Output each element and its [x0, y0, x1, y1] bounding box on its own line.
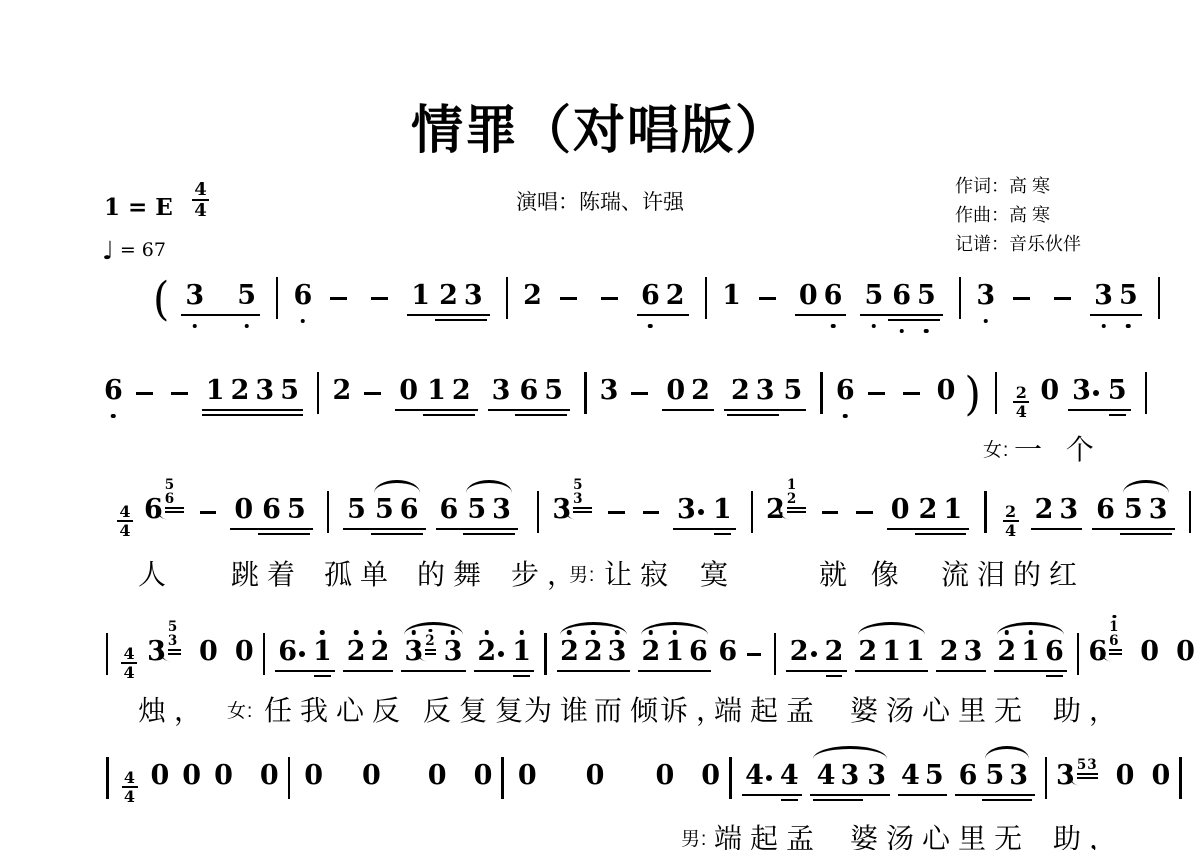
rest: 0: [474, 760, 493, 792]
note-digit: 6: [293, 280, 312, 311]
note-number: 1: [943, 494, 962, 526]
note-digit: 0: [260, 760, 279, 791]
note: 1: [943, 494, 962, 526]
note-number: 3: [1072, 375, 1091, 407]
note-number: 3: [976, 280, 995, 312]
note-digit: 3: [677, 494, 696, 525]
note-number: 6: [293, 280, 312, 312]
note-digit: 1: [713, 494, 732, 525]
note-number: 0: [586, 760, 605, 792]
underline: [855, 670, 928, 672]
beam-group: 653: [435, 494, 519, 526]
note: 6: [718, 636, 737, 668]
measure-barline: [276, 277, 279, 319]
octave-dot-low: [244, 324, 249, 329]
grace-digit: 5: [165, 478, 175, 492]
rest: 0: [518, 760, 537, 792]
beam-group: 12: [422, 375, 476, 407]
note-number: 5: [1119, 280, 1138, 312]
note-number: 1: [713, 494, 732, 526]
underline: [275, 670, 336, 672]
time-sig-denominator: 4: [1005, 523, 1016, 538]
note: 3: [608, 636, 627, 668]
note-digit: 5: [1119, 280, 1138, 311]
note-number: 2: [523, 280, 542, 312]
note: 2: [371, 636, 390, 668]
note: 1: [427, 375, 446, 407]
note-number: 0: [235, 636, 254, 668]
beam-group: 44: [741, 760, 804, 792]
rest: 0: [428, 760, 447, 792]
octave-dot-high: [378, 630, 383, 635]
time-signature: 24: [1013, 385, 1029, 419]
note-number: 5: [280, 375, 299, 407]
rest: 0: [1040, 375, 1059, 407]
augmentation-dot: [1093, 390, 1099, 396]
underline: [230, 528, 312, 530]
notation-system: 44353006122323212232166222112321661600: [100, 634, 1200, 668]
rest: 0: [199, 636, 218, 668]
underline: [407, 314, 489, 316]
note-number: 6: [892, 280, 911, 312]
note: 6: [440, 494, 459, 526]
underline: [898, 794, 948, 796]
slur-arc: [997, 622, 1064, 635]
underline: [401, 670, 466, 672]
note-number: 1: [512, 636, 531, 668]
lyric-segment: 助，: [1053, 689, 1125, 729]
note-digit: 5: [917, 280, 936, 311]
note-number: 6: [1096, 494, 1115, 526]
grace-digits: 16: [1109, 620, 1122, 648]
voice-label: 男:: [569, 560, 595, 587]
lyric-segment: 孤单: [324, 553, 396, 593]
note: 616: [1088, 636, 1125, 668]
duration-dash: [631, 392, 648, 396]
underline: [557, 670, 630, 672]
note-digit: 2: [641, 636, 660, 667]
time-sig-numerator: 4: [119, 504, 130, 519]
time-sig-denominator: 4: [119, 523, 130, 538]
duration-dash: [856, 511, 872, 515]
lyric-segment: 烛，: [138, 689, 210, 729]
note-digit: 6: [400, 494, 419, 525]
note-digit: 3: [600, 375, 619, 406]
beam-group: 365: [487, 375, 571, 407]
underline: [1068, 409, 1131, 411]
note-digit: 0: [799, 280, 818, 311]
octave-dot-low: [899, 329, 904, 334]
note-number: 3: [608, 636, 627, 668]
time-sig-denominator: 4: [1016, 404, 1027, 419]
measure-barline: [959, 277, 962, 319]
note-number: 5: [237, 280, 256, 312]
beam-group: 65: [257, 494, 311, 526]
note-number: 2: [666, 280, 685, 312]
note: 4: [780, 760, 799, 792]
note-digit: 2: [1035, 494, 1054, 525]
slur-arc: [985, 746, 1029, 759]
octave-dot-low: [193, 324, 198, 329]
lyric-segment: 端起孟: [714, 689, 822, 729]
measure-barline: [544, 633, 546, 675]
note-digit: 0: [399, 375, 418, 406]
note: 3: [185, 280, 204, 312]
note: 3: [492, 375, 511, 407]
note-digit: 0: [1116, 760, 1135, 791]
beam-group: 02: [661, 375, 715, 407]
time-sig-denominator: 4: [124, 665, 135, 680]
note: 3: [1149, 494, 1168, 526]
note-number: 0: [362, 760, 381, 792]
note-digit: 2: [477, 636, 496, 667]
lyric-segment: 的舞: [417, 553, 489, 593]
duration-dash: [200, 511, 216, 515]
voice-label: 女:: [983, 435, 1009, 462]
underline: [742, 794, 803, 796]
note: 5: [985, 760, 1004, 792]
note-digit: 3: [840, 760, 859, 791]
note-number: 6: [440, 494, 459, 526]
note: 1: [411, 280, 430, 312]
note-digit: 1: [943, 494, 962, 525]
note-digit: 2: [523, 280, 542, 311]
beam-group: 21: [914, 494, 968, 526]
grace-digit: 5: [1077, 758, 1087, 772]
beam-group: 45: [897, 760, 949, 792]
underline: [724, 409, 806, 411]
note: 3: [492, 494, 511, 526]
beam-group: 653: [954, 760, 1035, 792]
lyric-segment: 任我心反: [264, 689, 408, 729]
note-digit: 0: [182, 760, 201, 791]
note-number: 1: [313, 636, 332, 668]
note: 6: [262, 494, 281, 526]
lyric-segment: 一 个: [1014, 428, 1102, 468]
note: 2: [477, 636, 507, 668]
octave-dot-high: [320, 630, 325, 635]
rest: 0: [234, 494, 253, 526]
underline: [887, 528, 969, 530]
note-number: 3: [1149, 494, 1168, 526]
measure-barline: [1045, 757, 1048, 799]
grace-digits: 56: [165, 478, 184, 506]
duration-dash: [903, 392, 920, 396]
voice-label: 女:: [227, 696, 253, 723]
note: 2: [940, 636, 959, 668]
note-digit: 6: [1045, 636, 1064, 667]
grace-digit: 3: [573, 492, 583, 506]
rest: 0: [151, 760, 170, 792]
underline: [810, 794, 889, 796]
duration-dash: [1013, 297, 1030, 301]
measure-barline: [774, 633, 776, 675]
note-digit: 0: [428, 760, 447, 791]
beam-group: 56: [370, 494, 424, 526]
note-digit: 2: [560, 636, 579, 667]
measure-barline: [537, 491, 539, 533]
notation-system: 44656065556653353312120212423653: [110, 492, 1200, 526]
note-number: 6: [519, 375, 538, 407]
underline: [786, 670, 847, 672]
note-number: 2: [997, 636, 1016, 668]
note-number: 0: [937, 375, 956, 407]
note-digit: 5: [784, 375, 803, 406]
note-digit: 6: [836, 375, 855, 406]
note-number: 2: [584, 636, 603, 668]
note-number: 0: [260, 760, 279, 792]
slur-arc: [858, 622, 925, 635]
underline: [1046, 675, 1063, 677]
note-digit: 0: [701, 760, 720, 791]
slur-arc: [1123, 480, 1169, 493]
beam-group: 216: [993, 636, 1068, 668]
underline: [638, 670, 711, 672]
note-number: 2: [691, 375, 710, 407]
note-digit: 5: [467, 494, 486, 525]
underline: [463, 533, 515, 535]
note-number: 2: [452, 375, 471, 407]
underline: [1090, 314, 1142, 316]
beam-group: 22: [785, 636, 848, 668]
note-number: 3: [492, 375, 511, 407]
note-number: 6: [1045, 636, 1064, 668]
measure-barline: [317, 372, 320, 414]
note-number: 4: [901, 760, 920, 792]
note: 2: [825, 636, 844, 668]
note-number: 0: [151, 760, 170, 792]
meter-denominator: 4: [194, 202, 207, 219]
lyric-segment: 让寂: [604, 553, 676, 593]
note-number: 2: [641, 636, 660, 668]
note: 1: [665, 636, 684, 668]
underline: [936, 670, 986, 672]
measure-barline: [584, 372, 587, 414]
note-number: 1: [906, 636, 925, 668]
note: 2: [691, 375, 710, 407]
octave-dot-high: [519, 630, 524, 635]
note-number: 2: [439, 280, 458, 312]
beam-group: 53: [462, 494, 516, 526]
note-digit: 5: [375, 494, 394, 525]
underline: [181, 314, 260, 316]
note: 2: [560, 636, 579, 668]
notation-system: 44000000000000444334565335300: [100, 758, 1188, 792]
duration-dash: [1054, 297, 1071, 301]
grace-note: 53: [573, 478, 592, 508]
note-number: 5: [1124, 494, 1143, 526]
note-digit: 2: [666, 280, 685, 311]
note: 4: [817, 760, 836, 792]
note-number: 3: [464, 280, 483, 312]
rest: 0: [235, 636, 254, 668]
grace-digit: 5: [168, 620, 178, 634]
note-number: 3: [964, 636, 983, 668]
time-sig-numerator: 4: [124, 646, 135, 661]
measure-barline: [501, 757, 504, 799]
note-number: 0: [474, 760, 493, 792]
note: 3: [255, 375, 274, 407]
notation-system: 61235201236530223560)24035: [100, 373, 1156, 407]
underline: [395, 409, 477, 411]
note-number: 5: [925, 760, 944, 792]
note-digit: 2: [439, 280, 458, 311]
note: 5: [864, 280, 883, 312]
note-number: 2: [477, 636, 496, 668]
note-number: 6: [824, 280, 843, 312]
note-digit: 5: [280, 375, 299, 406]
duration-dash: [601, 297, 618, 301]
note-digit: 3: [867, 760, 886, 791]
rest: 0: [666, 375, 685, 407]
note-number: 2: [371, 636, 390, 668]
note-digit: 2: [371, 636, 390, 667]
note-digit: 5: [925, 760, 944, 791]
note: 1: [1021, 636, 1040, 668]
note: 5: [1119, 280, 1138, 312]
octave-dot-low: [983, 319, 988, 324]
note-digit: 1: [722, 280, 741, 311]
measure-barline: [751, 491, 753, 533]
note-number: 0: [428, 760, 447, 792]
underline: [826, 675, 843, 677]
note-number: 2: [560, 636, 579, 668]
note-digit: 5: [237, 280, 256, 311]
slur-arc: [641, 622, 708, 635]
note-digit: 6: [278, 636, 297, 667]
note-digit: 3: [1072, 375, 1091, 406]
note-number: 0: [666, 375, 685, 407]
grace-note: 12: [787, 478, 806, 508]
underline: [860, 314, 942, 316]
note: 6: [689, 636, 708, 668]
note-number: 3: [840, 760, 859, 792]
time-sig-numerator: 2: [1005, 504, 1016, 519]
note: 5: [280, 375, 299, 407]
measure-barline: [1145, 372, 1148, 414]
note-number: 1: [722, 280, 741, 312]
lyric-segment: 端起孟: [714, 817, 822, 850]
note-digit: 3: [1149, 494, 1168, 525]
underline: [714, 533, 731, 535]
beam-group: 021: [886, 494, 970, 526]
note-digit: 5: [544, 375, 563, 406]
note: 5: [925, 760, 944, 792]
note-number: 0: [399, 375, 418, 407]
duration-dash: [364, 392, 381, 396]
note-digit: 2: [997, 636, 1016, 667]
measure-barline: [820, 372, 823, 414]
note: 2: [997, 636, 1016, 668]
note: 3: [1059, 494, 1078, 526]
duration-dash: [371, 297, 388, 301]
note-digit: 2: [452, 375, 471, 406]
parenthesis: (: [153, 278, 169, 320]
beam-group: 65: [514, 375, 568, 407]
note-digit: 0: [1140, 636, 1159, 667]
notation-system: (356123262106565335: [148, 278, 1169, 312]
lyric-segment: 就 像: [819, 553, 907, 593]
note-number: 2: [858, 636, 877, 668]
grace-note: 56: [165, 478, 184, 508]
note: 3: [976, 280, 995, 312]
meter-numerator: 4: [194, 181, 207, 198]
note-number: 3: [867, 760, 886, 792]
note-number: 2: [347, 636, 366, 668]
note: 2: [858, 636, 877, 668]
beam-group: 565: [859, 280, 943, 312]
augmentation-dot: [766, 775, 772, 781]
note-digit: 1: [665, 636, 684, 667]
note-number: 0: [182, 760, 201, 792]
measure-barline: [106, 633, 108, 675]
beam-group: 235: [723, 375, 807, 407]
note-digit: 0: [214, 760, 233, 791]
note-digit: 0: [937, 375, 956, 406]
note-number: 6: [718, 636, 737, 668]
note: 353: [552, 494, 595, 526]
note-number: 6: [689, 636, 708, 668]
beam-group: 43: [812, 760, 864, 792]
underline: [435, 319, 487, 321]
note-digit: 3: [185, 280, 204, 311]
rest: 0: [701, 760, 720, 792]
note-number: 5: [864, 280, 883, 312]
beam-group: 62: [636, 280, 690, 312]
grace-digits: 12: [787, 478, 806, 506]
octave-dot-low: [843, 414, 848, 419]
note-number: 2: [332, 375, 351, 407]
note: 1: [722, 280, 741, 312]
note-digit: 1: [427, 375, 446, 406]
note-digit: 0: [1151, 760, 1170, 791]
note-number: 6: [278, 636, 297, 668]
beam-group: 65: [887, 280, 941, 312]
note: 3: [1094, 280, 1113, 312]
note-digit: 2: [731, 375, 750, 406]
lyric-segment: 为谁: [524, 689, 596, 729]
beam-group: 1235: [201, 375, 304, 407]
slur-arc: [813, 746, 886, 759]
octave-dot-low: [648, 324, 653, 329]
note-number: 1: [427, 375, 446, 407]
underline: [423, 414, 475, 416]
slur-arc: [466, 480, 512, 493]
note-number: 2: [940, 636, 959, 668]
underline: [795, 314, 847, 316]
note: 656: [144, 494, 187, 526]
note-digit: 3: [492, 375, 511, 406]
note-digit: 2: [858, 636, 877, 667]
duration-dash: [868, 392, 885, 396]
note-digit: 4: [901, 760, 920, 791]
note-digit: 6: [440, 494, 459, 525]
octave-dot-low: [1126, 324, 1131, 329]
slur-arc: [404, 622, 463, 635]
beam-group: 06: [794, 280, 848, 312]
underline: [202, 409, 303, 411]
duration-dash: [608, 511, 624, 515]
note-number: 0: [199, 636, 218, 668]
beam-group: 065: [229, 494, 313, 526]
note-number: 3: [756, 375, 775, 407]
note-digit: 2: [940, 636, 959, 667]
beam-group: 012: [394, 375, 478, 407]
note: 6: [278, 636, 308, 668]
note-digit: 6: [519, 375, 538, 406]
underline: [258, 533, 310, 535]
note-digit: 1: [313, 636, 332, 667]
